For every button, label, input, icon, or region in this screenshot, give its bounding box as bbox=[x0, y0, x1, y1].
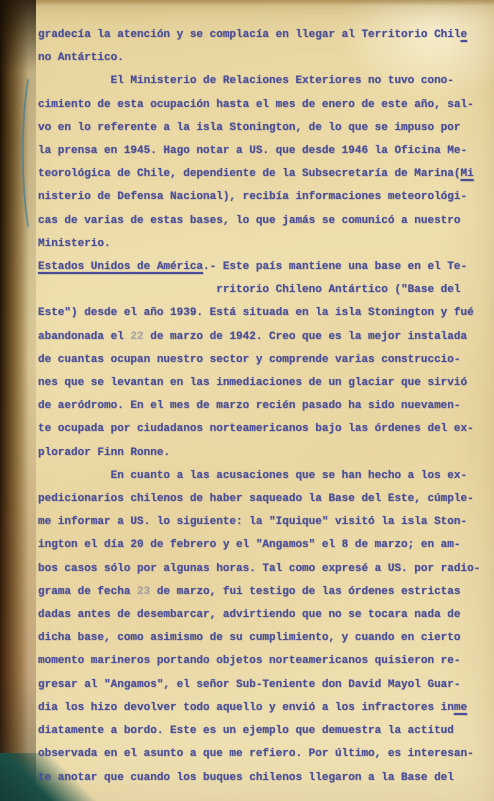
text-segment: vo en lo referente a la isla Stonington,… bbox=[38, 122, 460, 134]
underlined-text: Estados Unidos de América bbox=[38, 261, 203, 273]
text-segment: ington el día 20 de febrero y el "Angamo… bbox=[38, 539, 460, 551]
document-line-28: momento marineros portando objetos norte… bbox=[38, 650, 484, 673]
document-line-4: cimiento de esta ocupación hasta el mes … bbox=[38, 94, 484, 117]
document-line-27: dicha base, como asimismo de su cumplimi… bbox=[38, 627, 484, 650]
text-segment: grama de fecha bbox=[38, 586, 137, 598]
document-line-12: rritorio Chileno Antártico ("Base del bbox=[38, 279, 484, 302]
document-line-8: nisterio de Defensa Nacional), recibía i… bbox=[38, 186, 484, 209]
document-line-1: gradecía la atención y se complacía en l… bbox=[38, 24, 484, 47]
text-segment: rritorio Chileno Antártico ("Base del bbox=[38, 284, 460, 296]
document-line-6: la prensa en 1945. Hago notar a US. que … bbox=[38, 140, 484, 163]
text-segment: la prensa en 1945. Hago notar a US. que … bbox=[38, 145, 467, 157]
underlined-text: me bbox=[454, 702, 467, 714]
document-line-23: ington el día 20 de febrero y el "Angamo… bbox=[38, 534, 484, 557]
text-segment: momento marineros portando objetos norte… bbox=[38, 655, 460, 667]
text-segment: dicha base, como asimismo de su cumplimi… bbox=[38, 632, 460, 644]
text-segment: 23 bbox=[137, 586, 150, 598]
text-segment: de aeródromo. En el mes de marzo recién … bbox=[38, 400, 460, 412]
text-segment: dadas antes de desembarcar, advirtiendo … bbox=[38, 609, 460, 621]
text-segment: cas de varias de estas bases, lo que jam… bbox=[38, 215, 460, 227]
text-segment: me informar a US. lo siguiente: la "Iqui… bbox=[38, 516, 467, 528]
text-segment: te ocupada por ciudadanos norteamericano… bbox=[38, 423, 474, 435]
document-line-11: Estados Unidos de América.- Este país ma… bbox=[38, 256, 484, 279]
document-line-15: de cuantas ocupan nuestro sector y compr… bbox=[38, 349, 484, 372]
document-line-21: pedicionarios chilenos de haber saqueado… bbox=[38, 488, 484, 511]
text-segment: Este") desde el año 1939. Está situada e… bbox=[38, 307, 474, 319]
document-line-19: plorador Finn Ronne. bbox=[38, 442, 484, 465]
document-line-3: El Ministerio de Relaciones Exteriores n… bbox=[38, 70, 484, 93]
text-segment: cimiento de esta ocupación hasta el mes … bbox=[38, 99, 474, 111]
document-line-13: Este") desde el año 1939. Está situada e… bbox=[38, 302, 484, 325]
text-segment: bos casos sólo por algunas horas. Tal co… bbox=[38, 563, 480, 575]
text-segment: pedicionarios chilenos de haber saqueado… bbox=[38, 493, 474, 505]
document-line-22: me informar a US. lo siguiente: la "Iqui… bbox=[38, 511, 484, 534]
text-segment: te anotar que cuando los buques chilenos… bbox=[38, 772, 454, 784]
document-line-7: teorológica de Chile, dependiente de la … bbox=[38, 163, 484, 186]
text-segment: observada en el asunto a que me refiero.… bbox=[38, 748, 474, 760]
text-segment: de cuantas ocupan nuestro sector y compr… bbox=[38, 354, 460, 366]
document-line-31: diatamente a bordo. Este es un ejemplo q… bbox=[38, 720, 484, 743]
text-segment: diatamente a bordo. Este es un ejemplo q… bbox=[38, 725, 454, 737]
text-segment: de marzo, fui testigo de las órdenes est… bbox=[150, 586, 460, 598]
text-segment: En cuanto a las acusaciones que se han h… bbox=[38, 470, 467, 482]
document-line-24: bos casos sólo por algunas horas. Tal co… bbox=[38, 558, 484, 581]
document-line-32: observada en el asunto a que me refiero.… bbox=[38, 743, 484, 766]
text-segment: gradecía la atención y se complacía en l… bbox=[38, 29, 460, 41]
document-line-16: nes que se levantan en las inmediaciones… bbox=[38, 372, 484, 395]
page-top-edge-shadow bbox=[0, 0, 494, 6]
text-segment: de marzo de 1942. Creo que es la mejor i… bbox=[144, 331, 467, 343]
text-segment: gresar al "Angamos", el señor Sub-Tenien… bbox=[38, 679, 460, 691]
underlined-text: e bbox=[460, 29, 467, 41]
text-segment: nisterio de Defensa Nacional), recibía i… bbox=[38, 191, 467, 203]
page-left-edge-shadow bbox=[0, 0, 36, 801]
document-line-14: abandonada el 22 de marzo de 1942. Creo … bbox=[38, 326, 484, 349]
text-segment: El Ministerio de Relaciones Exteriores n… bbox=[38, 75, 454, 87]
document-line-10: Ministerio. bbox=[38, 233, 484, 256]
underlined-text: Mi bbox=[460, 168, 473, 180]
document-line-9: cas de varias de estas bases, lo que jam… bbox=[38, 210, 484, 233]
document-line-2: no Antártico. bbox=[38, 47, 484, 70]
document-line-26: dadas antes de desembarcar, advirtiendo … bbox=[38, 604, 484, 627]
document-line-18: te ocupada por ciudadanos norteamericano… bbox=[38, 418, 484, 441]
document-line-33: te anotar que cuando los buques chilenos… bbox=[38, 767, 484, 790]
text-segment: nes que se levantan en las inmediaciones… bbox=[38, 377, 467, 389]
text-segment: abandonada el bbox=[38, 331, 130, 343]
document-text: gradecía la atención y se complacía en l… bbox=[38, 24, 484, 790]
text-segment: plorador Finn Ronne. bbox=[38, 447, 170, 459]
document-line-30: dia los hizo devolver todo aquello y env… bbox=[38, 697, 484, 720]
text-segment: .- Este país mantiene una base en el Te- bbox=[203, 261, 467, 273]
scanned-document-page: gradecía la atención y se complacía en l… bbox=[0, 0, 494, 801]
document-line-29: gresar al "Angamos", el señor Sub-Tenien… bbox=[38, 674, 484, 697]
text-segment: no Antártico. bbox=[38, 52, 124, 64]
document-line-5: vo en lo referente a la isla Stonington,… bbox=[38, 117, 484, 140]
text-segment: teorológica de Chile, dependiente de la … bbox=[38, 168, 460, 180]
document-line-17: de aeródromo. En el mes de marzo recién … bbox=[38, 395, 484, 418]
text-segment: Ministerio. bbox=[38, 238, 111, 250]
text-segment: dia los hizo devolver todo aquello y env… bbox=[38, 702, 454, 714]
document-line-25: grama de fecha 23 de marzo, fui testigo … bbox=[38, 581, 484, 604]
document-line-20: En cuanto a las acusaciones que se han h… bbox=[38, 465, 484, 488]
text-segment: 22 bbox=[130, 331, 143, 343]
